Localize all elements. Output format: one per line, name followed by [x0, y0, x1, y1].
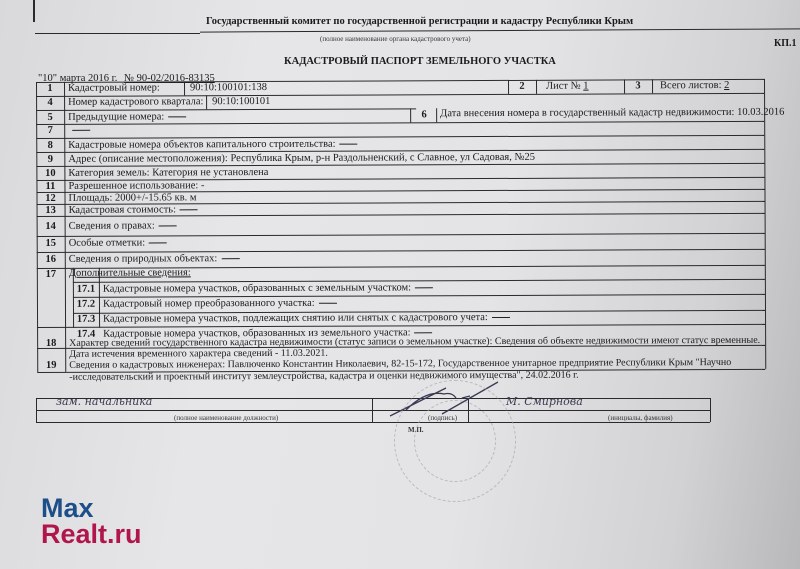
watermark-max: Max	[41, 495, 142, 521]
maxrealt-watermark: Max Realt.ru	[41, 495, 142, 547]
position-handwritten: зам. начальника	[56, 396, 152, 408]
address-label: Адрес (описание местоположения):	[68, 153, 228, 165]
row-number: 3	[626, 80, 650, 92]
rights-info: Сведения о правах:	[69, 220, 177, 232]
row-number: 18	[39, 338, 63, 350]
sheet-number-value: 1	[583, 81, 588, 92]
quarter-number-label: Номер кадастрового квартала:	[68, 96, 203, 109]
registration-date-value: 10.03.2016	[737, 107, 784, 118]
row-number: 19	[39, 360, 63, 372]
organization-underline	[200, 28, 800, 32]
row-number: 6	[412, 109, 436, 121]
sheet-number: Лист № 1	[546, 81, 589, 93]
row-number: 14	[39, 221, 63, 233]
additional-info-label: Дополнительные сведения:	[69, 267, 191, 280]
row-number: 10	[38, 168, 62, 180]
empty-dash	[340, 144, 358, 145]
margin-mark	[33, 0, 35, 22]
round-stamp-inner-icon	[414, 400, 496, 482]
row-number: 7	[38, 125, 62, 137]
organization-name: Государственный комитет по государственн…	[206, 16, 633, 28]
transformed-parcel: Кадастровый номер преобразованного участ…	[103, 298, 337, 311]
area: Площадь: 2000+/-15.65 кв. м	[68, 192, 196, 205]
cadastral-value-label: Кадастровая стоимость:	[69, 204, 176, 215]
deregistered-parcels: Кадастровые номера участков, подлежащих …	[103, 312, 510, 326]
address-value: Республика Крым, р-н Раздольненский, с С…	[230, 152, 535, 164]
empty-dash	[159, 225, 177, 226]
area-label: Площадь:	[68, 193, 112, 204]
row-number: 17.2	[74, 299, 98, 311]
row-number: 17.3	[74, 314, 98, 326]
form-code: КП.1	[774, 38, 797, 50]
special-notes: Особые отметки:	[69, 237, 167, 249]
formed-with-parcels: Кадастровые номера участков, образованны…	[103, 282, 433, 295]
row-number: 9	[38, 154, 62, 166]
name-handwritten: М. Смирнова	[506, 396, 583, 408]
natural-objects-label: Сведения о природных объектах:	[69, 253, 218, 265]
cadastral-value: Кадастровая стоимость:	[69, 204, 198, 217]
empty-dash	[72, 130, 90, 131]
empty-dash	[221, 258, 239, 259]
empty-dash	[319, 303, 337, 304]
row-number: 2	[510, 81, 534, 93]
cadastral-number-value: 90:10:100101:138	[190, 82, 267, 94]
cadastral-number-label: Кадастровый номер:	[68, 82, 160, 94]
land-category-label: Категория земель:	[68, 168, 149, 179]
total-sheets-value: 2	[724, 80, 729, 91]
capital-objects: Кадастровые номера объектов капитального…	[68, 139, 357, 152]
signature-block: зам. начальника (полное наименование дол…	[36, 398, 710, 422]
empty-dash	[492, 317, 510, 318]
header-rule-left	[35, 33, 200, 34]
row-number: 5	[38, 112, 62, 124]
permitted-use-value: -	[201, 180, 205, 191]
empty-dash	[415, 332, 433, 333]
permitted-use: Разрешенное использование: -	[68, 180, 204, 193]
row-number: 17	[39, 269, 63, 281]
rights-info-label: Сведения о правах:	[69, 220, 155, 231]
row-number: 16	[39, 254, 63, 266]
empty-dash	[168, 116, 186, 117]
row-number: 4	[38, 97, 62, 109]
watermark-realt: Realt.ru	[41, 521, 142, 547]
organization-caption: (полное наименование органа кадастрового…	[320, 33, 471, 45]
special-notes-label: Особые отметки:	[69, 238, 145, 249]
quarter-number-value: 90:10:100101	[212, 96, 270, 108]
registration-date-label: Дата внесения номера в государственный к…	[440, 107, 734, 119]
deregistered-parcels-label: Кадастровые номера участков, подлежащих …	[103, 312, 488, 325]
address: Адрес (описание местоположения): Республ…	[68, 152, 535, 166]
row-number: 8	[38, 140, 62, 152]
total-sheets: Всего листов: 2	[660, 80, 729, 92]
land-category-value: Категория не установлена	[152, 167, 268, 179]
empty-dash	[149, 243, 167, 244]
area-value: 2000+/-15.65 кв. м	[115, 192, 197, 203]
land-category: Категория земель: Категория не установле…	[68, 167, 268, 180]
row-number: 1	[38, 83, 62, 95]
row-number: 11	[38, 181, 62, 193]
document-title: КАДАСТРОВЫЙ ПАСПОРТ ЗЕМЕЛЬНОГО УЧАСТКА	[284, 56, 556, 68]
row-7-value	[68, 125, 90, 137]
capital-objects-label: Кадастровые номера объектов капитального…	[68, 139, 335, 151]
cadastral-table: 1 Кадастровый номер: 90:10:100101:138 2 …	[36, 79, 765, 376]
total-sheets-label: Всего листов:	[660, 80, 722, 91]
row-number: 17.1	[74, 284, 98, 296]
previous-numbers-label: Предыдущие номера:	[68, 111, 164, 122]
row-number: 15	[39, 238, 63, 250]
natural-objects: Сведения о природных объектах:	[69, 253, 240, 266]
empty-dash	[415, 287, 433, 288]
row-number: 13	[39, 205, 63, 217]
sheet-number-label: Лист №	[546, 81, 581, 92]
position-caption: (полное наименование должности)	[174, 412, 278, 424]
previous-numbers: Предыдущие номера:	[68, 111, 186, 124]
transformed-parcel-label: Кадастровый номер преобразованного участ…	[103, 298, 315, 310]
row-number: 12	[38, 193, 62, 205]
name-caption: (инициалы, фамилия)	[608, 412, 673, 424]
permitted-use-label: Разрешенное использование:	[68, 180, 198, 192]
empty-dash	[180, 209, 198, 210]
registration-date: Дата внесения номера в государственный к…	[440, 107, 784, 121]
formed-with-parcels-label: Кадастровые номера участков, образованны…	[103, 282, 411, 294]
